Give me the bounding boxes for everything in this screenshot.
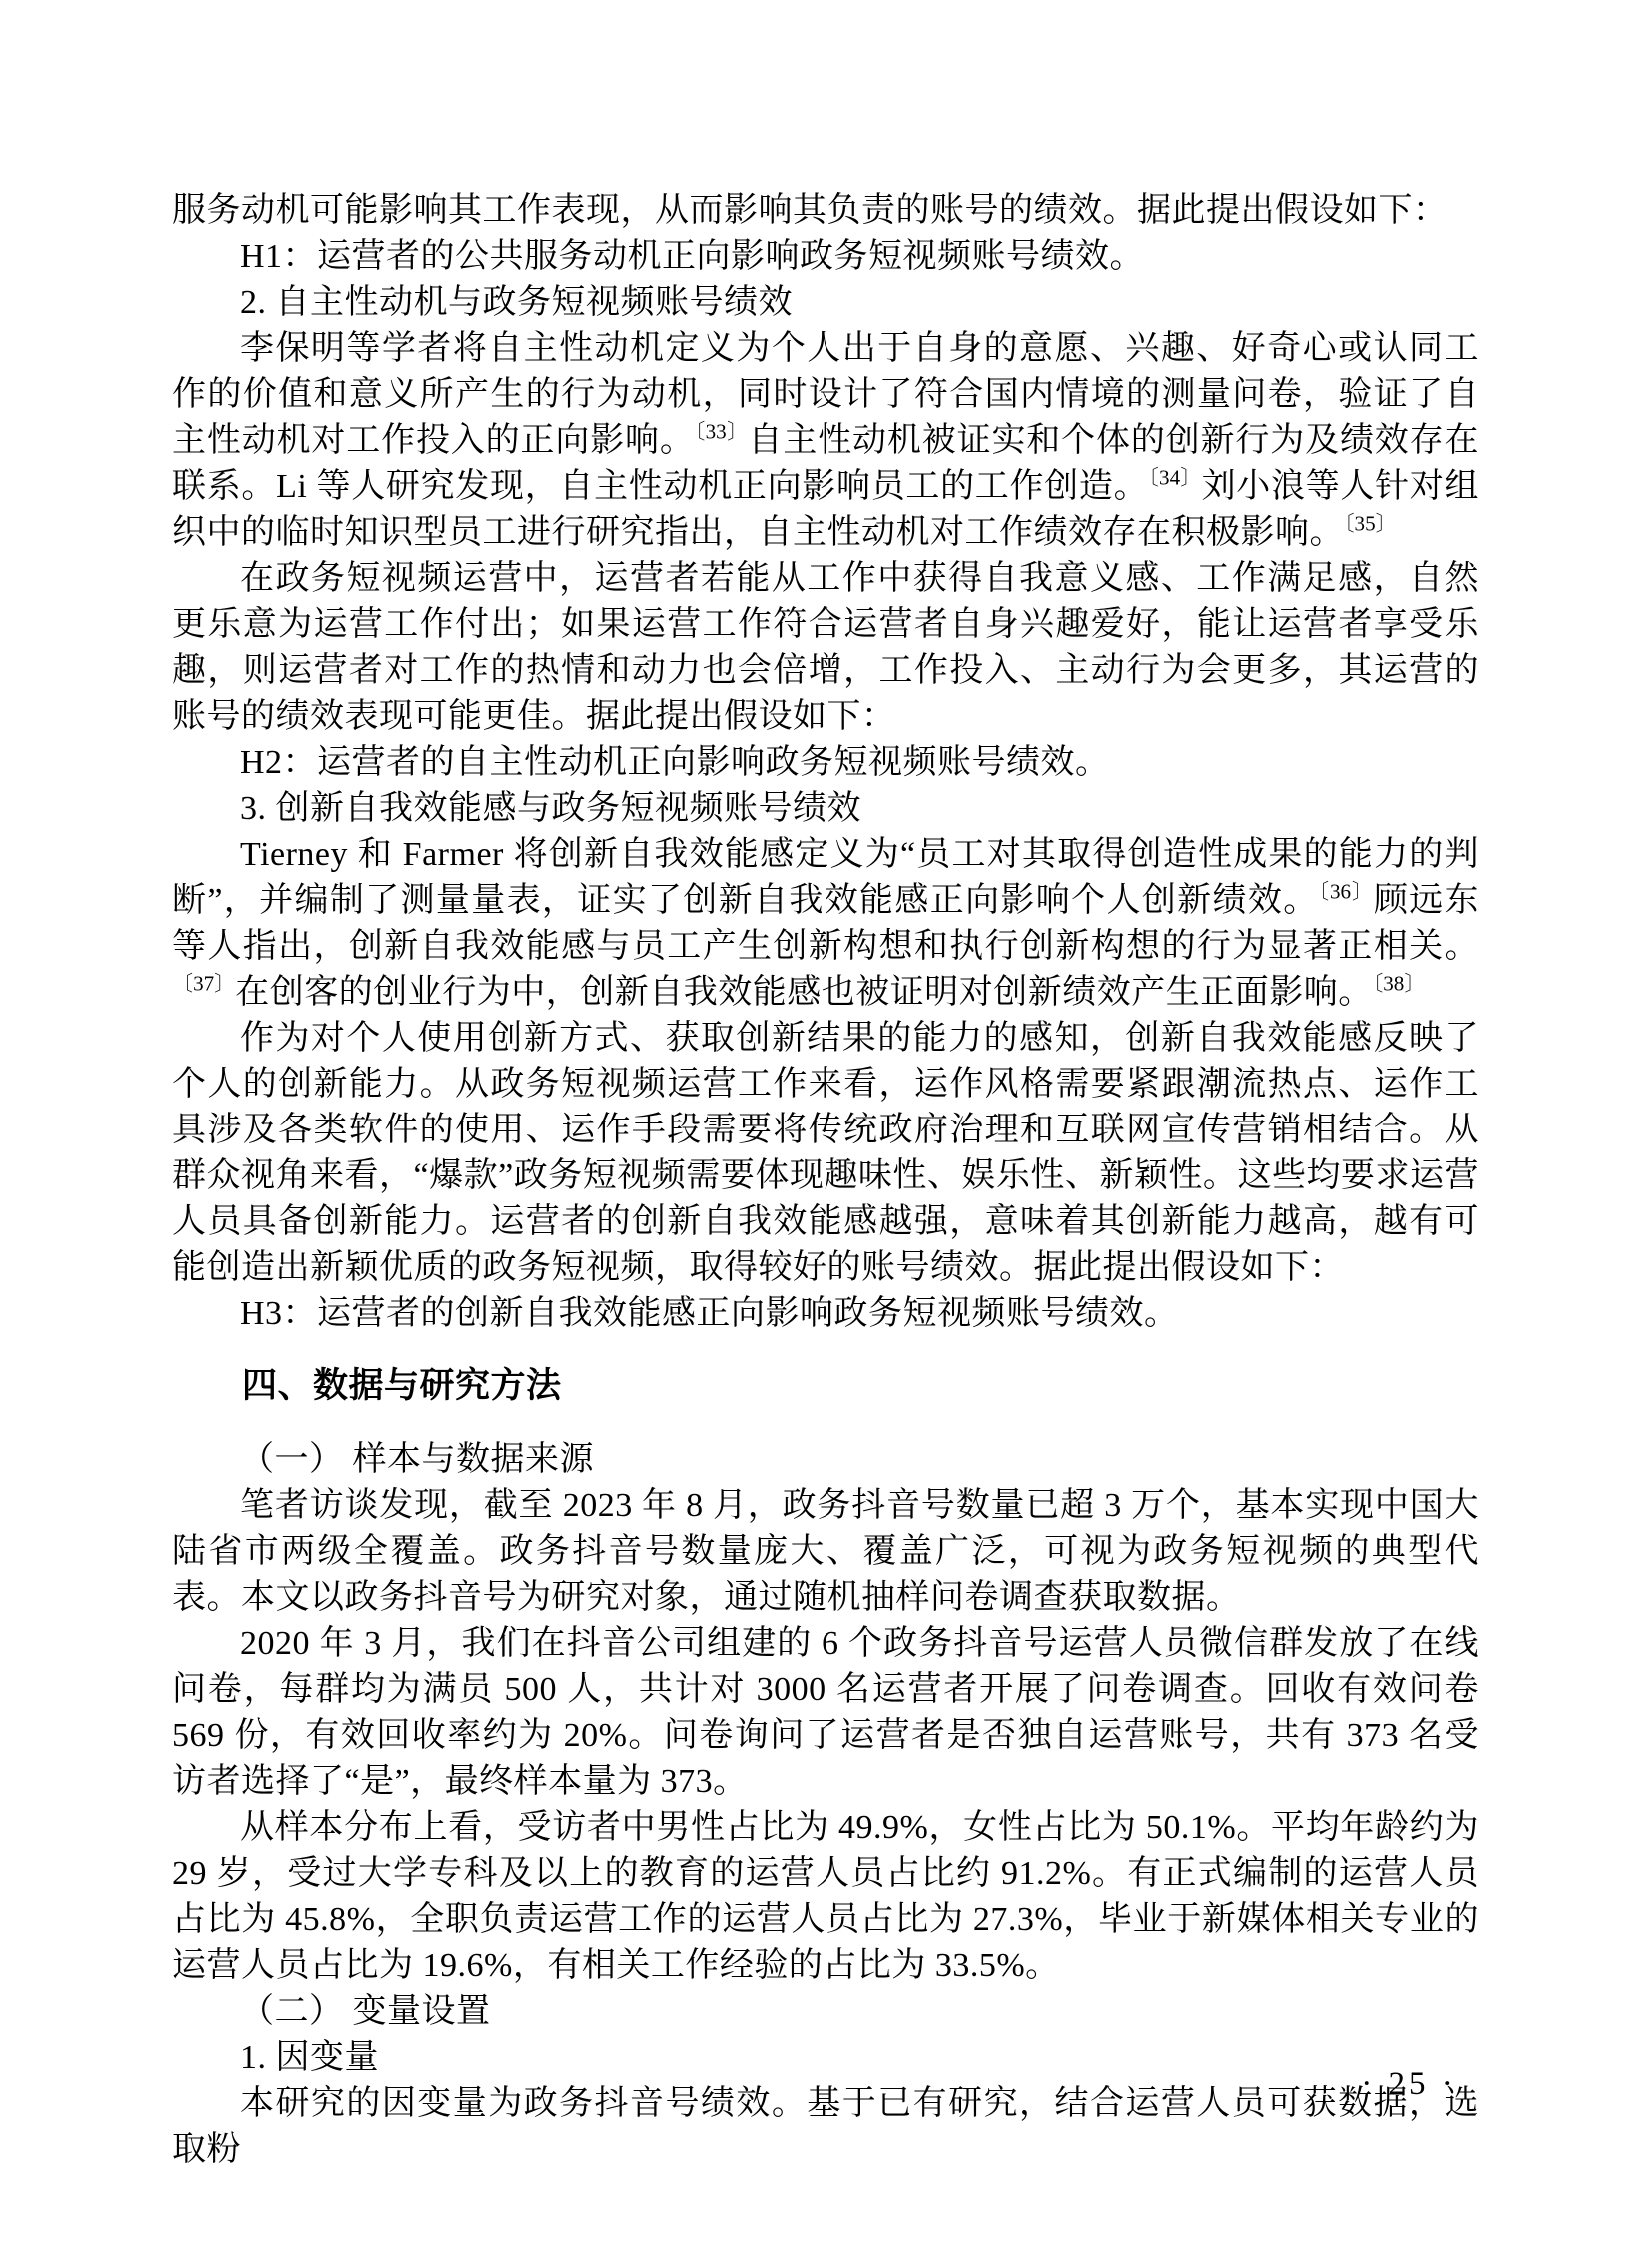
citation-ref: 〔33〕: [695, 420, 749, 444]
paragraph: 李保明等学者将自主性动机定义为个人出于自身的意愿、兴趣、好奇心或认同工作的价值和…: [172, 326, 1479, 556]
article-body: 服务动机可能影响其工作表现，从而影响其负责的账号的绩效。据此提出假设如下：H1：…: [172, 188, 1479, 2173]
hypothesis: H3：运营者的创新自我效能感正向影响政务短视频账号绩效。: [172, 1291, 1479, 1337]
paragraph: Tierney 和 Farmer 将创新自我效能感定义为“员工对其取得创造性成果…: [172, 832, 1479, 1016]
document-page: 服务动机可能影响其工作表现，从而影响其负责的账号的绩效。据此提出假设如下：H1：…: [0, 0, 1652, 2243]
citation-ref: 〔37〕: [172, 972, 235, 996]
paragraph: 从样本分布上看，受访者中男性占比为 49.9%，女性占比为 50.1%。平均年龄…: [172, 1805, 1479, 1989]
paragraph: 作为对个人使用创新方式、获取创新结果的能力的感知，创新自我效能感反映了个人的创新…: [172, 1016, 1479, 1291]
paren-subheading: （一） 样本与数据来源: [172, 1437, 1479, 1483]
hypothesis: H1：运营者的公共服务动机正向影响政务短视频账号绩效。: [172, 234, 1479, 280]
citation-ref: 〔34〕: [1148, 466, 1201, 490]
numbered-subheading: 2. 自主性动机与政务短视频账号绩效: [172, 280, 1479, 326]
numbered-subheading: 3. 创新自我效能感与政务短视频账号绩效: [172, 786, 1479, 832]
section-heading: 四、数据与研究方法: [172, 1363, 1479, 1409]
citation-ref: 〔35〕: [1344, 512, 1397, 536]
page-number: · 25 ·: [1329, 2061, 1489, 2107]
paragraph: 服务动机可能影响其工作表现，从而影响其负责的账号的绩效。据此提出假设如下：: [172, 188, 1479, 234]
paragraph: 笔者访谈发现，截至 2023 年 8 月，政务抖音号数量已超 3 万个，基本实现…: [172, 1483, 1479, 1621]
citation-ref: 〔36〕: [1319, 880, 1374, 904]
numbered-subheading: 1. 因变量: [172, 2035, 1479, 2081]
paren-subheading: （二） 变量设置: [172, 1989, 1479, 2035]
paragraph: 2020 年 3 月，我们在抖音公司组建的 6 个政务抖音号运营人员微信群发放了…: [172, 1621, 1479, 1805]
paragraph: 本研究的因变量为政务抖音号绩效。基于已有研究，结合运营人员可获数据，选取粉: [172, 2081, 1479, 2173]
paragraph: 在政务短视频运营中，运营者若能从工作中获得自我意义感、工作满足感，自然更乐意为运…: [172, 556, 1479, 740]
citation-ref: 〔38〕: [1373, 972, 1426, 996]
hypothesis: H2：运营者的自主性动机正向影响政务短视频账号绩效。: [172, 740, 1479, 786]
